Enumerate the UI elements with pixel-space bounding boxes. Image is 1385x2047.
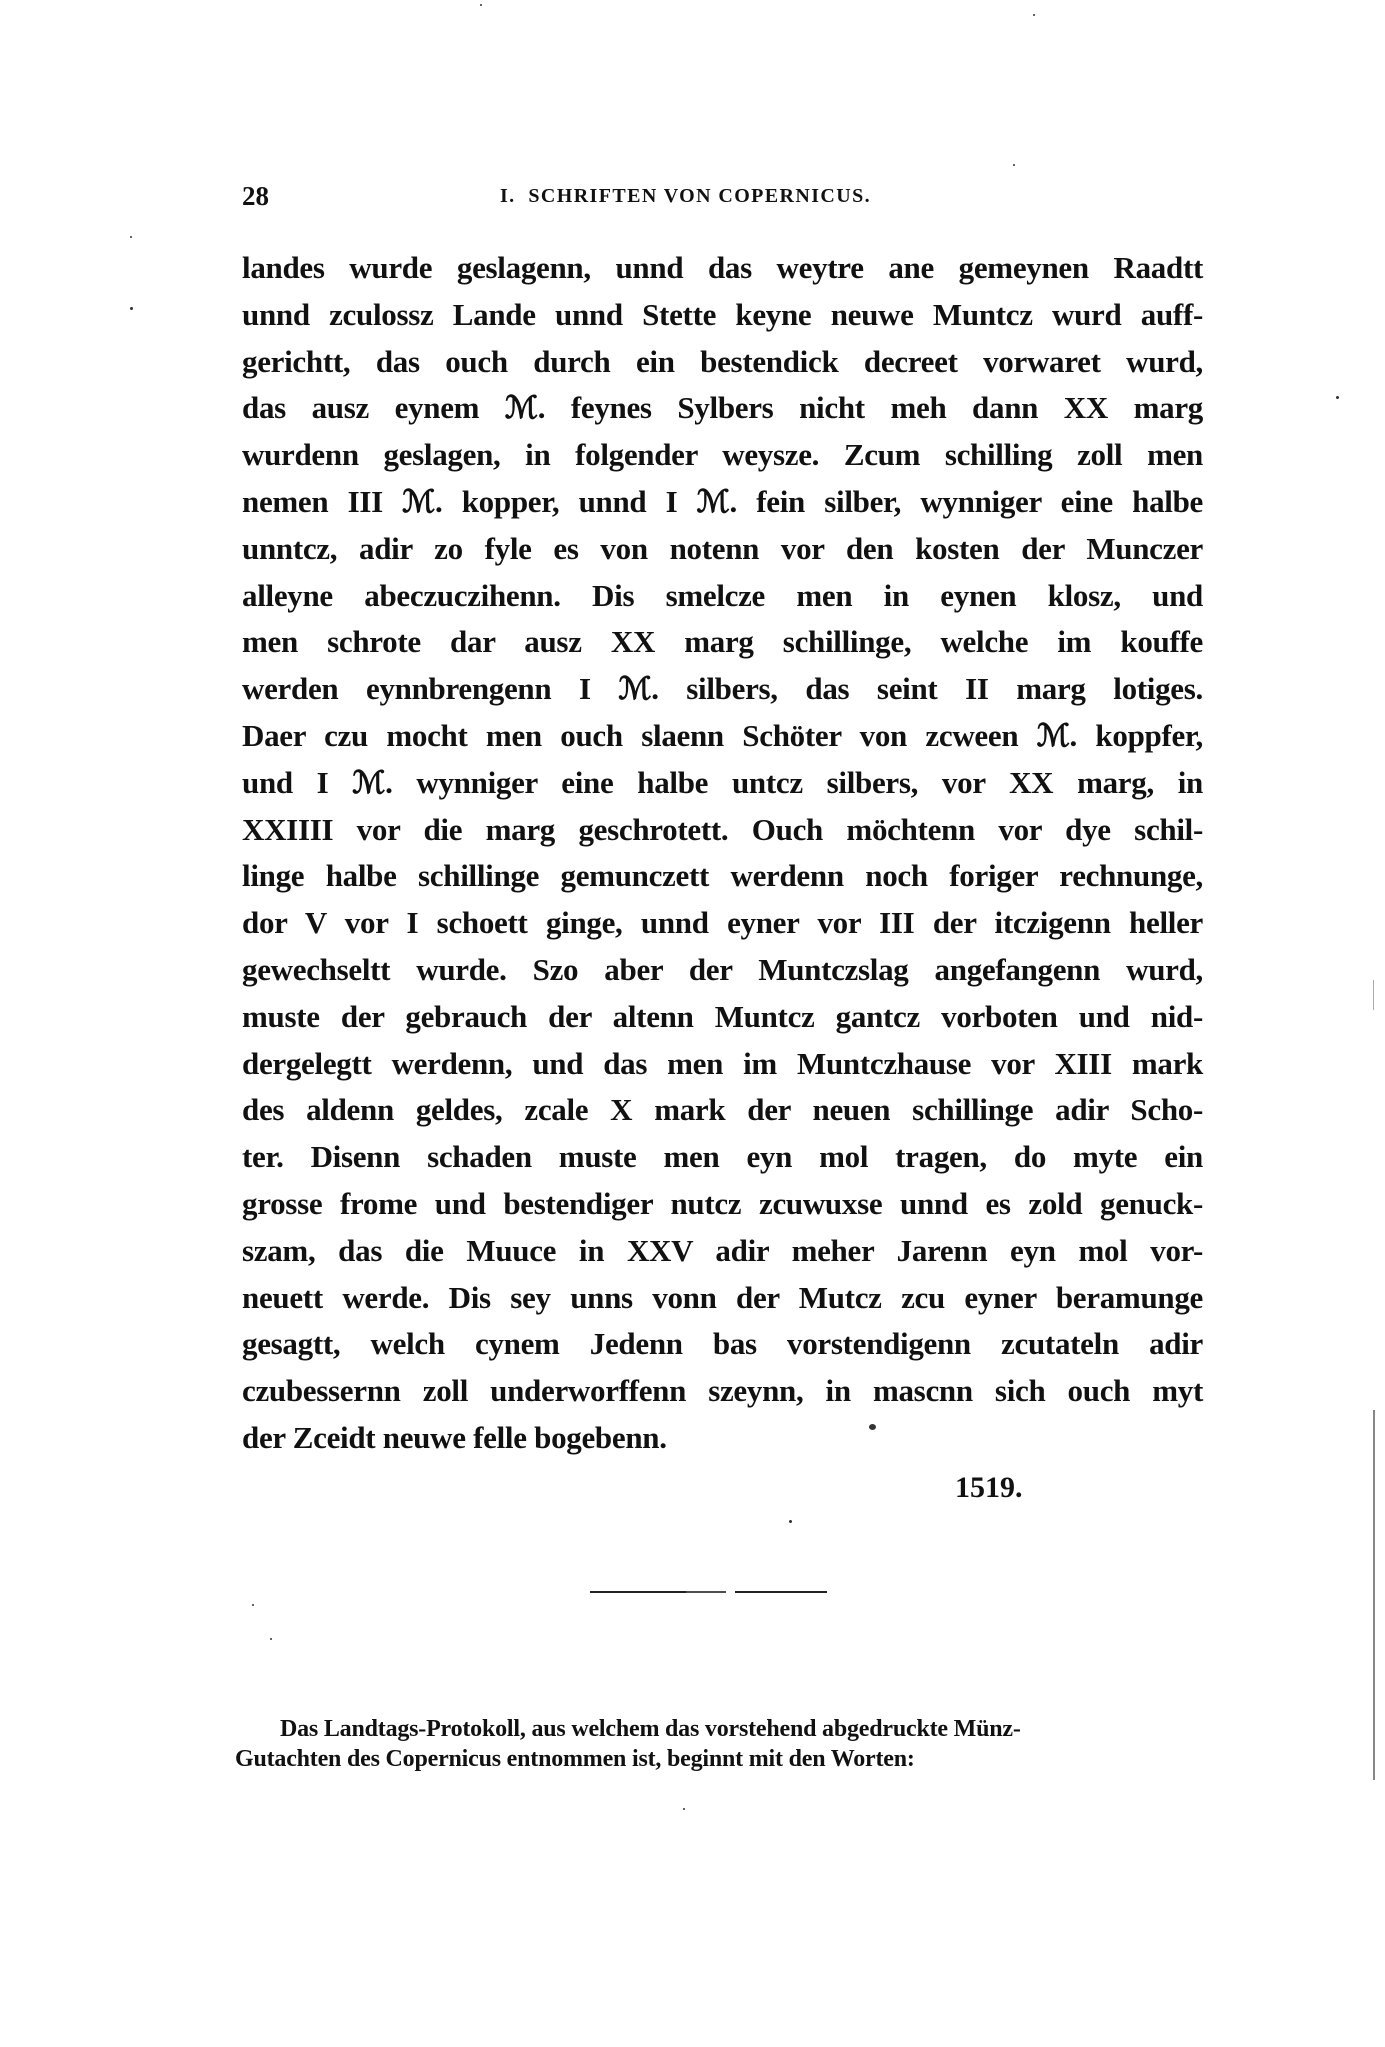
main-text-block: landes wurde geslagenn, unnd das weytre … bbox=[242, 251, 1203, 1468]
text-line: grosse frome und bestendiger nutcz zcuwu… bbox=[242, 1187, 1203, 1234]
text-line: gesagtt, welch cynem Jedenn bas vorstend… bbox=[242, 1327, 1203, 1374]
page-number: 28 bbox=[242, 182, 269, 210]
text-line: muste der gebrauch der altenn Muntcz gan… bbox=[242, 1000, 1203, 1047]
footnote-line: Gutachten des Copernicus entnommen ist, … bbox=[235, 1744, 1203, 1774]
scan-speck bbox=[1033, 14, 1035, 16]
scan-speck bbox=[252, 1604, 254, 1606]
scan-speck bbox=[1013, 164, 1015, 166]
text-line: neuett werde. Dis sey unns vonn der Mutc… bbox=[242, 1281, 1203, 1328]
section-separator bbox=[686, 1591, 726, 1593]
scan-speck bbox=[869, 1424, 876, 1430]
book-page: 28 I. SCHRIFTEN VON COPERNICUS. landes w… bbox=[0, 0, 1385, 2047]
text-line: linge halbe schillinge gemunczett werden… bbox=[242, 859, 1203, 906]
text-line: dergelegtt werdenn, und das men im Muntc… bbox=[242, 1047, 1203, 1094]
text-line-last: der Zceidt neuwe felle bogebenn. bbox=[242, 1421, 1203, 1468]
text-line: wurdenn geslagen, in folgender weysze. Z… bbox=[242, 438, 1203, 485]
text-line: szam, das die Muuce in XXV adir meher Ja… bbox=[242, 1234, 1203, 1281]
footnote-line: Das Landtags-Protokoll, aus welchem das … bbox=[235, 1714, 1203, 1744]
scan-edge-line bbox=[1373, 980, 1374, 1010]
scan-speck bbox=[130, 236, 132, 238]
text-line: gewechseltt wurde. Szo aber der Muntczsl… bbox=[242, 953, 1203, 1000]
scan-speck bbox=[1336, 396, 1339, 399]
text-line: das ausz eynem ℳ. feynes Sylbers nicht m… bbox=[242, 391, 1203, 438]
text-line: unntcz, adir zo fyle es von notenn vor d… bbox=[242, 532, 1203, 579]
text-line: ter. Disenn schaden muste men eyn mol tr… bbox=[242, 1140, 1203, 1187]
text-line: czubessernn zoll underworffenn szeynn, i… bbox=[242, 1374, 1203, 1421]
running-title: I. SCHRIFTEN VON COPERNICUS. bbox=[500, 184, 871, 208]
scan-edge-line bbox=[1373, 1410, 1375, 1780]
text-line: Daer czu mocht men ouch slaenn Schöter v… bbox=[242, 719, 1203, 766]
text-line: werden eynnbrengenn I ℳ. silbers, das se… bbox=[242, 672, 1203, 719]
section-separator bbox=[797, 1591, 827, 1593]
scan-speck bbox=[789, 1520, 792, 1523]
text-line: men schrote dar ausz XX marg schillinge,… bbox=[242, 625, 1203, 672]
running-header: 28 I. SCHRIFTEN VON COPERNICUS. bbox=[242, 182, 1203, 210]
date-line: 1519. bbox=[955, 1471, 1023, 1505]
footnote: Das Landtags-Protokoll, aus welchem das … bbox=[235, 1714, 1203, 1774]
scan-speck bbox=[270, 1638, 272, 1640]
text-line: des aldenn geldes, zcale X mark der neue… bbox=[242, 1093, 1203, 1140]
text-line: nemen III ℳ. kopper, unnd I ℳ. fein silb… bbox=[242, 485, 1203, 532]
text-line: XXIIII vor die marg geschrotett. Ouch mö… bbox=[242, 813, 1203, 860]
text-line: alleyne abeczuczihenn. Dis smelcze men i… bbox=[242, 579, 1203, 626]
text-line: unnd zculossz Lande unnd Stette keyne ne… bbox=[242, 298, 1203, 345]
section-separator bbox=[590, 1591, 686, 1593]
scan-speck bbox=[130, 307, 133, 310]
text-line: landes wurde geslagenn, unnd das weytre … bbox=[242, 251, 1203, 298]
text-line: und I ℳ. wynniger eine halbe untcz silbe… bbox=[242, 766, 1203, 813]
text-line: dor V vor I schoett ginge, unnd eyner vo… bbox=[242, 906, 1203, 953]
scan-speck bbox=[480, 4, 482, 6]
scan-speck bbox=[683, 1808, 685, 1810]
section-separator bbox=[764, 1591, 774, 1593]
text-line: gerichtt, das ouch durch ein bestendick … bbox=[242, 345, 1203, 392]
